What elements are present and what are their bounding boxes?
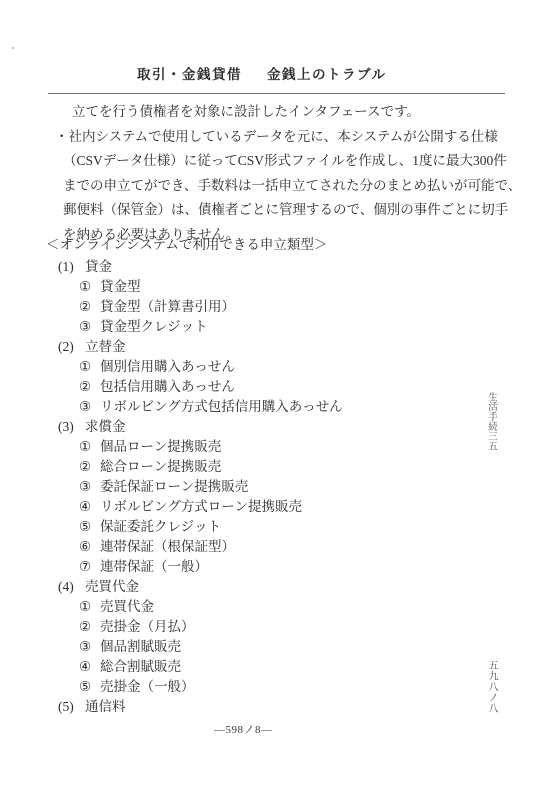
- item-number: ①: [79, 597, 100, 617]
- document-page: 取引・金銭貸借 金銭上のトラブル 立てを行う債権者を対象に設計したインタフェース…: [0, 0, 558, 795]
- item-number: ①: [79, 357, 100, 377]
- item-label: 貸金型（計算書引用）: [100, 299, 235, 314]
- group-label: 求償金: [85, 419, 126, 434]
- item-label: リボルビング方式包括信用購入あっせん: [100, 399, 343, 414]
- item-label: 保証委託クレジット: [100, 519, 221, 534]
- claim-type-group: (2)立替金: [0, 337, 558, 357]
- claim-type-item: ②貸金型（計算書引用）: [0, 297, 558, 317]
- claim-type-item: ③委託保証ローン提携販売: [0, 477, 558, 497]
- item-number: ②: [79, 617, 100, 637]
- claim-type-group: (1)貸金: [0, 257, 558, 277]
- item-number: ⑤: [79, 517, 100, 537]
- item-number: ⑥: [79, 537, 100, 557]
- claim-type-item: ③リボルビング方式包括信用購入あっせん: [0, 397, 558, 417]
- claim-type-group: (5)通信料: [0, 697, 558, 717]
- item-label: 連帯保証（根保証型）: [100, 539, 235, 554]
- claim-type-item: ④総合割賦販売: [0, 657, 558, 677]
- claim-type-item: ②包括信用購入あっせん: [0, 377, 558, 397]
- footer-page-number: ―598ノ8―: [214, 721, 273, 737]
- item-number: ②: [79, 297, 100, 317]
- item-label: 貸金型クレジット: [100, 319, 208, 334]
- claim-type-group: (4)売買代金: [0, 577, 558, 597]
- item-label: 総合割賦販売: [100, 659, 181, 674]
- claim-type-item: ④リボルビング方式ローン提携販売: [0, 497, 558, 517]
- header-rule: [48, 93, 505, 94]
- item-number: ⑦: [79, 557, 100, 577]
- group-number: (5): [58, 697, 85, 717]
- group-label: 通信料: [85, 699, 126, 714]
- claim-type-item: ①個品ローン提携販売: [0, 437, 558, 457]
- claim-type-group: (3)求償金: [0, 417, 558, 437]
- claim-type-item: ⑤保証委託クレジット: [0, 517, 558, 537]
- item-label: 総合ローン提携販売: [100, 459, 221, 474]
- item-number: ①: [79, 277, 100, 297]
- group-number: (2): [58, 337, 85, 357]
- claim-type-item: ②総合ローン提携販売: [0, 457, 558, 477]
- group-number: (3): [58, 417, 85, 437]
- body-line: までの申立てができ、手数料は一括申立てされた分のまとめ払いが可能で、: [63, 174, 558, 199]
- item-label: 個品ローン提携販売: [100, 439, 221, 454]
- item-label: 包括信用購入あっせん: [100, 379, 235, 394]
- claim-type-item: ⑤売掛金（一般）: [0, 677, 558, 697]
- claim-type-item: ②売掛金（月払）: [0, 617, 558, 637]
- claim-type-item: ①貸金型: [0, 277, 558, 297]
- item-number: ③: [79, 397, 100, 417]
- body-line: （CSVデータ仕様）に従ってCSV形式ファイルを作成し、1度に最大300件: [63, 149, 558, 174]
- item-number: ④: [79, 657, 100, 677]
- item-label: 貸金型: [100, 279, 141, 294]
- item-number: ⑤: [79, 677, 100, 697]
- claim-type-list: (1)貸金 ①貸金型 ②貸金型（計算書引用） ③貸金型クレジット (2)立替金 …: [0, 257, 558, 717]
- side-page-number: 五九八ノ八: [484, 660, 499, 714]
- body-line: 郵便料（保管金）は、債権者ごとに管理するので、個別の事件ごとに切手: [63, 198, 558, 223]
- item-number: ③: [79, 637, 100, 657]
- header-subsection-title: 金銭上のトラブル: [267, 63, 386, 83]
- item-label: 売掛金（月払）: [100, 619, 195, 634]
- claim-type-item: ③個品割賦販売: [0, 637, 558, 657]
- item-label: 個別信用購入あっせん: [100, 359, 235, 374]
- item-label: 連帯保証（一般）: [100, 559, 208, 574]
- item-label: 委託保証ローン提携販売: [100, 479, 248, 494]
- item-label: 売買代金: [100, 599, 154, 614]
- body-paragraphs: 立てを行う債権者を対象に設計したインタフェースです。 ・社内システムで使用してい…: [0, 100, 558, 247]
- item-label: 売掛金（一般）: [100, 679, 195, 694]
- claim-type-item: ⑦連帯保証（一般）: [0, 557, 558, 577]
- claim-type-item: ⑥連帯保証（根保証型）: [0, 537, 558, 557]
- page-header: 取引・金銭貸借 金銭上のトラブル: [137, 63, 386, 83]
- group-label: 貸金: [85, 259, 112, 274]
- group-number: (1): [58, 257, 85, 277]
- group-label: 立替金: [85, 339, 126, 354]
- item-number: ②: [79, 377, 100, 397]
- claim-type-item: ③貸金型クレジット: [0, 317, 558, 337]
- scan-artifact-dot: [12, 47, 14, 49]
- item-number: ①: [79, 437, 100, 457]
- item-number: ②: [79, 457, 100, 477]
- group-label: 売買代金: [85, 579, 139, 594]
- header-section-title: 取引・金銭貸借: [137, 63, 242, 83]
- side-tab-label: 生活手続三五: [484, 392, 498, 451]
- section-heading: ＜オンラインシステムで利用できる申立類型＞: [46, 235, 327, 255]
- claim-type-item: ①売買代金: [0, 597, 558, 617]
- item-label: 個品割賦販売: [100, 639, 181, 654]
- item-label: リボルビング方式ローン提携販売: [100, 499, 302, 514]
- group-number: (4): [58, 577, 85, 597]
- item-number: ③: [79, 317, 100, 337]
- body-line: 立てを行う債権者を対象に設計したインタフェースです。: [72, 100, 558, 125]
- body-line: ・社内システムで使用しているデータを元に、本システムが公開する仕様: [55, 125, 558, 150]
- item-number: ③: [79, 477, 100, 497]
- item-number: ④: [79, 497, 100, 517]
- claim-type-item: ①個別信用購入あっせん: [0, 357, 558, 377]
